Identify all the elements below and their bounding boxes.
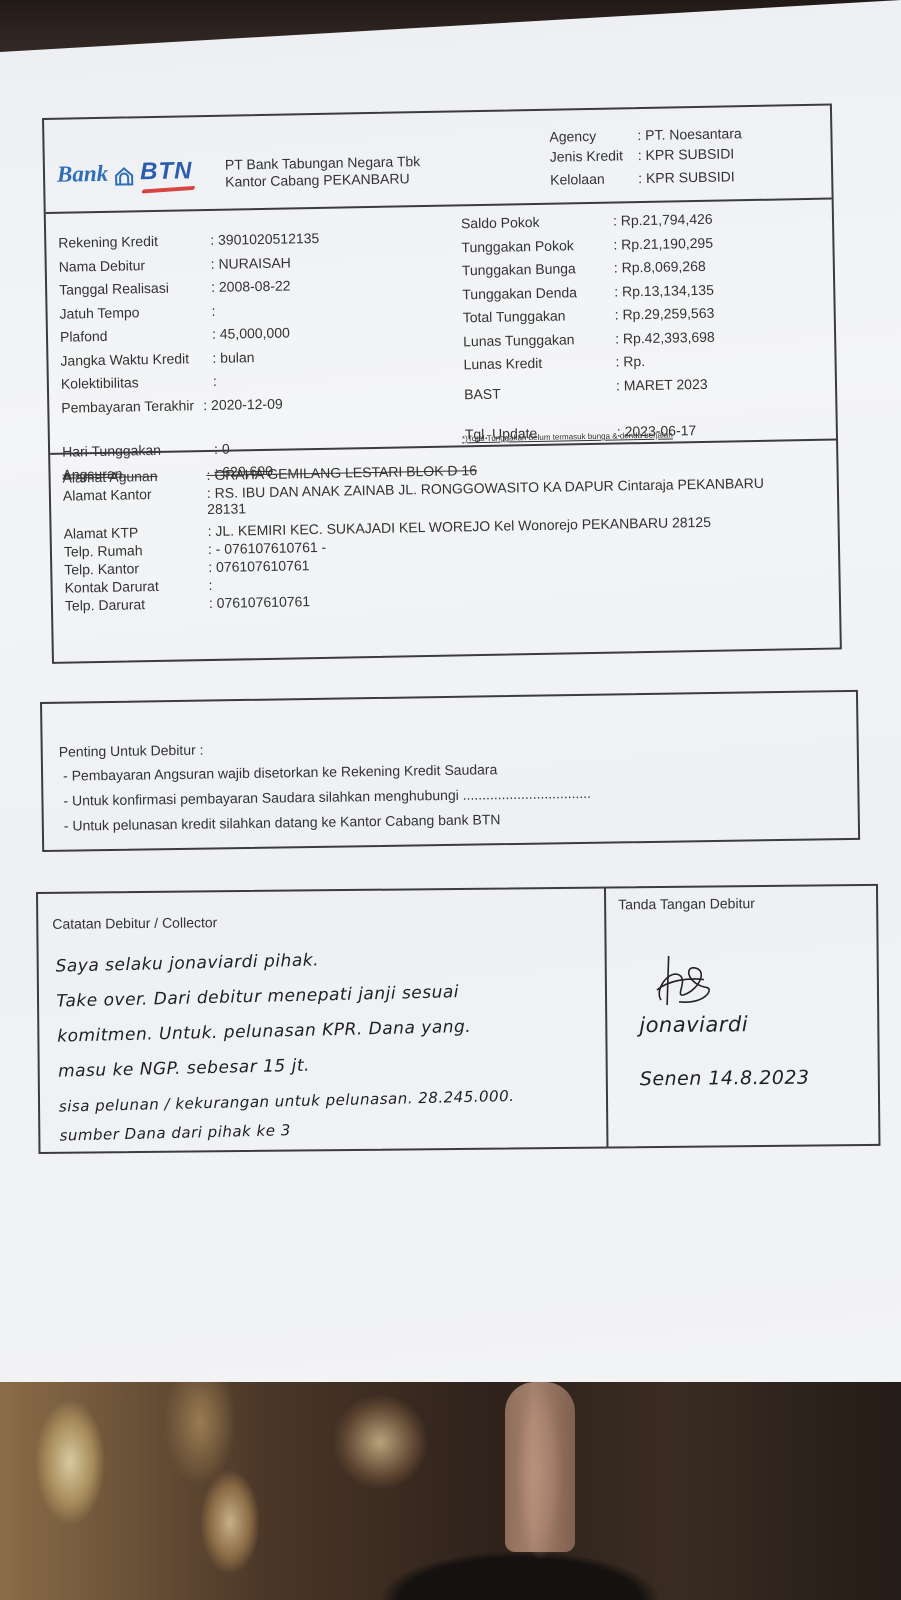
header: Bank BTN PT Bank Tabungan Negara Tbk Kan… bbox=[44, 106, 832, 214]
signature-label: Tanda Tangan Debitur bbox=[618, 895, 755, 912]
notes-label: Catatan Debitur / Collector bbox=[52, 914, 217, 932]
debtor-notice-box: Penting Untuk Debitur : - Pembayaran Ang… bbox=[40, 690, 860, 852]
balance-details: Saldo Pokok: Rp.21,794,426 Tunggakan Pok… bbox=[461, 211, 717, 450]
notice-list: - Pembayaran Angsuran wajib disetorkan k… bbox=[63, 760, 592, 843]
loan-statement-document: Bank BTN PT Bank Tabungan Negara Tbk Kan… bbox=[0, 0, 901, 1382]
logo-bank-text: Bank bbox=[57, 161, 109, 188]
account-info-box: Bank BTN PT Bank Tabungan Negara Tbk Kan… bbox=[42, 104, 842, 664]
logo-btn-text: BTN bbox=[140, 157, 193, 186]
signature-name: jonaviardi bbox=[639, 1012, 748, 1037]
notice-title: Penting Untuk Debitur : bbox=[59, 742, 204, 760]
signature-mark bbox=[649, 949, 720, 1010]
address-details: Alamat Agunan: GRAHA GEMILANG LESTARI BL… bbox=[62, 457, 769, 616]
notes-signature-box: Catatan Debitur / Collector Saya selaku … bbox=[36, 884, 880, 1154]
row-bast: BAST: MARET 2023 bbox=[464, 375, 716, 426]
bank-name: PT Bank Tabungan Negara Tbk Kantor Caban… bbox=[225, 153, 421, 191]
handwritten-notes: Saya selaku jonaviardi pihak. Take over.… bbox=[55, 937, 604, 1147]
row-pembayaran-terakhir: Pembayaran Terakhir: 2020-12-09 bbox=[61, 394, 323, 443]
agency-info: Agency: PT. Noesantara Jenis Kredit: KPR… bbox=[549, 123, 742, 190]
foot bbox=[505, 1382, 575, 1552]
column-divider bbox=[604, 889, 608, 1147]
house-icon bbox=[114, 166, 134, 186]
carpet-background bbox=[0, 1382, 901, 1600]
btn-logo: Bank BTN bbox=[57, 157, 193, 187]
signature-date: Senen 14.8.2023 bbox=[640, 1067, 810, 1091]
